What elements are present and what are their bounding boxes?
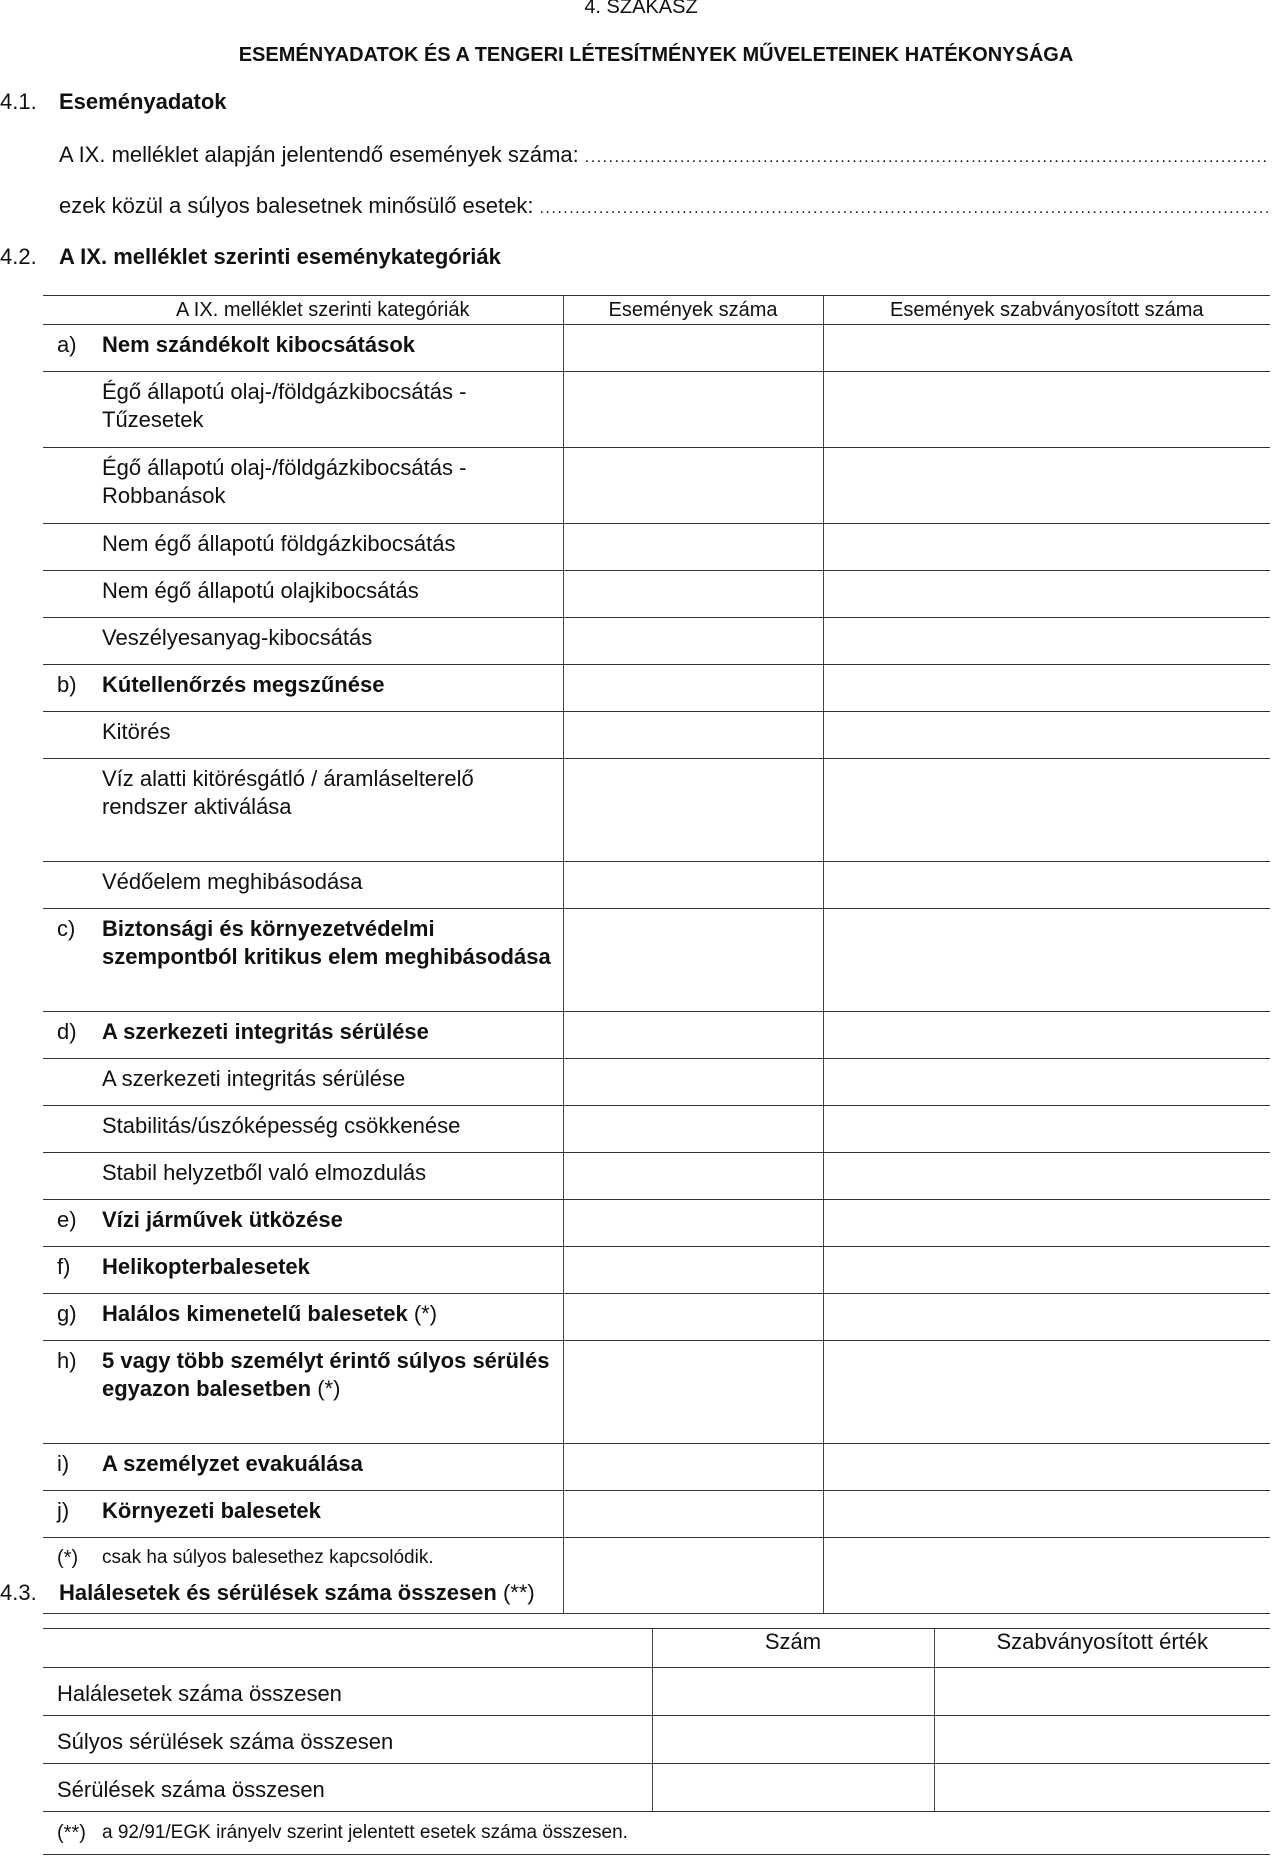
- standardized-count-cell[interactable]: [823, 1444, 1270, 1491]
- table-row: Stabilitás/úszóképesség csökkenése: [43, 1106, 1270, 1153]
- event-count-cell[interactable]: [563, 1106, 823, 1153]
- section-number: 4. SZAKASZ: [0, 0, 1272, 19]
- heading-number: 4.1.: [0, 89, 59, 115]
- column-header-category: A IX. melléklet szerinti kategóriák: [43, 296, 563, 325]
- table-row: a)Nem szándékolt kibocsátások: [43, 325, 1270, 372]
- event-count-cell[interactable]: [563, 571, 823, 618]
- reportable-events-field[interactable]: A IX. melléklet alapján jelentendő esemé…: [59, 142, 1270, 168]
- major-accidents-field[interactable]: ezek közül a súlyos balesetnek minősülő …: [59, 193, 1270, 219]
- standardized-count-cell[interactable]: [823, 524, 1270, 571]
- category-text: Stabil helyzetből való elmozdulás: [102, 1160, 426, 1185]
- table-row: Védőelem meghibásodása: [43, 862, 1270, 909]
- category-cell: Védőelem meghibásodása: [43, 862, 563, 901]
- standardized-count-cell[interactable]: [823, 712, 1270, 759]
- heading-4-3: 4.3.Halálesetek és sérülések száma össze…: [0, 1580, 535, 1606]
- table-row: Kitörés: [43, 712, 1270, 759]
- category-letter: g): [43, 1300, 102, 1328]
- category-text-wrap: Vízi járművek ütközése: [102, 1206, 563, 1234]
- event-count-cell[interactable]: [563, 1444, 823, 1491]
- category-text: Nem égő állapotú olajkibocsátás: [102, 578, 419, 603]
- standardized-count-cell[interactable]: [823, 759, 1270, 862]
- footnote-text: a 92/91/EGK irányelv szerint jelentett e…: [102, 1822, 628, 1845]
- category-text: Nem szándékolt kibocsátások: [102, 332, 415, 357]
- category-text: Stabilitás/úszóképesség csökkenése: [102, 1113, 460, 1138]
- category-letter: (*): [43, 1544, 102, 1572]
- category-text: Égő állapotú olaj-/földgázkibocsátás - R…: [102, 455, 466, 508]
- column-header-standardized: Események szabványosított száma: [823, 296, 1270, 325]
- standardized-count-cell[interactable]: [823, 618, 1270, 665]
- category-letter: [43, 530, 102, 558]
- category-text: Kútellenőrzés megszűnése: [102, 672, 384, 697]
- category-letter: [43, 1159, 102, 1187]
- category-text: A személyzet evakuálása: [102, 1451, 363, 1476]
- category-cell: Stabil helyzetből való elmozdulás: [43, 1153, 563, 1192]
- table-row: Halálesetek száma összesen: [43, 1668, 1270, 1716]
- category-letter: a): [43, 331, 102, 359]
- field-label: A IX. melléklet alapján jelentendő esemé…: [59, 142, 579, 168]
- standardized-count-cell[interactable]: [823, 1012, 1270, 1059]
- event-count-cell[interactable]: [563, 1341, 823, 1444]
- table-row: j)Környezeti balesetek: [43, 1491, 1270, 1538]
- category-cell: Stabilitás/úszóképesség csökkenése: [43, 1106, 563, 1145]
- category-text: csak ha súlyos balesethez kapcsolódik.: [102, 1547, 434, 1568]
- fill-in-dots[interactable]: ........................................…: [539, 200, 1270, 218]
- category-cell: Égő állapotú olaj-/földgázkibocsátás - R…: [43, 448, 563, 515]
- category-text: Vízi járművek ütközése: [102, 1207, 343, 1232]
- count-cell[interactable]: [652, 1668, 934, 1716]
- category-text: Környezeti balesetek: [102, 1498, 321, 1523]
- category-text-wrap: A szerkezeti integritás sérülése: [102, 1065, 563, 1093]
- category-cell: (*)csak ha súlyos balesethez kapcsolódik…: [43, 1538, 563, 1577]
- table-row: Égő állapotú olaj-/földgázkibocsátás - T…: [43, 372, 1270, 448]
- category-text-wrap: Égő állapotú olaj-/földgázkibocsátás - T…: [102, 378, 563, 434]
- category-letter: c): [43, 915, 102, 971]
- standardized-count-cell[interactable]: [823, 862, 1270, 909]
- category-cell: d)A szerkezeti integritás sérülése: [43, 1012, 563, 1051]
- event-count-cell[interactable]: [563, 1012, 823, 1059]
- category-cell: A szerkezeti integritás sérülése: [43, 1059, 563, 1098]
- category-cell: i)A személyzet evakuálása: [43, 1444, 563, 1483]
- category-letter: d): [43, 1018, 102, 1046]
- category-text-wrap: Védőelem meghibásodása: [102, 868, 563, 896]
- standardized-count-cell[interactable]: [823, 325, 1270, 372]
- fill-in-dots[interactable]: ........................................…: [585, 149, 1270, 167]
- table-row: d)A szerkezeti integritás sérülése: [43, 1012, 1270, 1059]
- event-count-cell[interactable]: [563, 712, 823, 759]
- event-count-cell[interactable]: [563, 448, 823, 524]
- standardized-cell[interactable]: [934, 1716, 1270, 1764]
- category-letter: [43, 577, 102, 605]
- event-count-cell[interactable]: [563, 372, 823, 448]
- category-text-wrap: Víz alatti kitörésgátló / áramláselterel…: [102, 765, 563, 821]
- category-cell: f)Helikopterbalesetek: [43, 1247, 563, 1286]
- category-letter: f): [43, 1253, 102, 1281]
- event-count-cell[interactable]: [563, 1294, 823, 1341]
- table-row: Nem égő állapotú földgázkibocsátás: [43, 524, 1270, 571]
- event-count-cell[interactable]: [563, 325, 823, 372]
- event-count-cell[interactable]: [563, 1538, 823, 1614]
- category-text-wrap: Égő állapotú olaj-/földgázkibocsátás - R…: [102, 454, 563, 510]
- heading-title: Halálesetek és sérülések száma összesen: [59, 1580, 497, 1605]
- category-text-wrap: Nem égő állapotú földgázkibocsátás: [102, 530, 563, 558]
- category-text-wrap: Halálos kimenetelű balesetek (*): [102, 1300, 563, 1328]
- category-text: Halálos kimenetelű balesetek: [102, 1301, 408, 1326]
- table-row: b)Kútellenőrzés megszűnése: [43, 665, 1270, 712]
- category-text: Nem égő állapotú földgázkibocsátás: [102, 531, 455, 556]
- row-label: Sérülések száma összesen: [43, 1764, 652, 1811]
- category-text: A szerkezeti integritás sérülése: [102, 1066, 405, 1091]
- event-count-cell[interactable]: [563, 1491, 823, 1538]
- table-row: Víz alatti kitörésgátló / áramláselterel…: [43, 759, 1270, 862]
- standardized-count-cell[interactable]: [823, 1341, 1270, 1444]
- category-text-wrap: A személyzet evakuálása: [102, 1450, 563, 1478]
- category-text-wrap: Környezeti balesetek: [102, 1497, 563, 1525]
- category-letter: [43, 624, 102, 652]
- table-row: Nem égő állapotú olajkibocsátás: [43, 571, 1270, 618]
- column-header-count: Szám: [652, 1629, 934, 1668]
- category-cell: Égő állapotú olaj-/földgázkibocsátás - T…: [43, 372, 563, 439]
- event-count-cell[interactable]: [563, 524, 823, 571]
- event-count-cell[interactable]: [563, 1059, 823, 1106]
- event-count-cell[interactable]: [563, 665, 823, 712]
- standardized-count-cell[interactable]: [823, 665, 1270, 712]
- category-letter: [43, 1065, 102, 1093]
- event-count-cell[interactable]: [563, 1247, 823, 1294]
- heading-number: 4.3.: [0, 1580, 59, 1606]
- category-letter: [43, 454, 102, 510]
- field-label: ezek közül a súlyos balesetnek minősülő …: [59, 193, 533, 219]
- standardized-count-cell[interactable]: [823, 1247, 1270, 1294]
- standardized-count-cell[interactable]: [823, 1491, 1270, 1538]
- event-count-cell[interactable]: [563, 618, 823, 665]
- column-header-standardized: Szabványosított érték: [934, 1629, 1270, 1668]
- category-text-wrap: Veszélyesanyag-kibocsátás: [102, 624, 563, 652]
- category-letter: j): [43, 1497, 102, 1525]
- heading-suffix: (**): [497, 1580, 535, 1605]
- category-text: Égő állapotú olaj-/földgázkibocsátás - T…: [102, 379, 466, 432]
- count-cell[interactable]: [652, 1764, 934, 1812]
- heading-4-1: 4.1.Eseményadatok: [0, 89, 227, 115]
- category-text-wrap: Biztonsági és környezetvédelmi szempontb…: [102, 915, 563, 971]
- category-letter: [43, 718, 102, 746]
- row-label: Halálesetek száma összesen: [43, 1668, 652, 1715]
- category-cell: Veszélyesanyag-kibocsátás: [43, 618, 563, 657]
- standardized-count-cell[interactable]: [823, 1538, 1270, 1614]
- event-count-cell[interactable]: [563, 759, 823, 862]
- category-text-wrap: Kútellenőrzés megszűnése: [102, 671, 563, 699]
- table-row: Veszélyesanyag-kibocsátás: [43, 618, 1270, 665]
- category-cell: a)Nem szándékolt kibocsátások: [43, 325, 563, 364]
- category-text: Víz alatti kitörésgátló / áramláselterel…: [102, 766, 474, 819]
- table-row: i)A személyzet evakuálása: [43, 1444, 1270, 1491]
- standardized-count-cell[interactable]: [823, 909, 1270, 1012]
- event-count-cell[interactable]: [563, 862, 823, 909]
- table-row: g)Halálos kimenetelű balesetek (*): [43, 1294, 1270, 1341]
- category-cell: c)Biztonsági és környezetvédelmi szempon…: [43, 909, 563, 976]
- standardized-cell[interactable]: [934, 1764, 1270, 1812]
- category-letter: b): [43, 671, 102, 699]
- standardized-count-cell[interactable]: [823, 372, 1270, 448]
- category-letter: [43, 378, 102, 434]
- standardized-count-cell[interactable]: [823, 571, 1270, 618]
- category-text: Biztonsági és környezetvédelmi szempontb…: [102, 916, 551, 969]
- event-count-cell[interactable]: [563, 1200, 823, 1247]
- category-text-wrap: A szerkezeti integritás sérülése: [102, 1018, 563, 1046]
- column-header-blank: [43, 1629, 652, 1668]
- footnote-row: (**) a 92/91/EGK irányelv szerint jelent…: [43, 1812, 1270, 1855]
- standardized-count-cell[interactable]: [823, 1153, 1270, 1200]
- section-title: ESEMÉNYADATOK ÉS A TENGERI LÉTESÍTMÉNYEK…: [0, 44, 1272, 67]
- category-letter: h): [43, 1347, 102, 1403]
- standardized-count-cell[interactable]: [823, 1059, 1270, 1106]
- category-cell: Nem égő állapotú földgázkibocsátás: [43, 524, 563, 563]
- category-suffix: (*): [311, 1376, 340, 1401]
- table-row: A szerkezeti integritás sérülése: [43, 1059, 1270, 1106]
- event-categories-table: A IX. melléklet szerinti kategóriák Esem…: [43, 295, 1270, 1614]
- category-letter: [43, 765, 102, 821]
- table-row: h)5 vagy több személyt érintő súlyos sér…: [43, 1341, 1270, 1444]
- category-text: Védőelem meghibásodása: [102, 869, 363, 894]
- category-text-wrap: Nem égő állapotú olajkibocsátás: [102, 577, 563, 605]
- category-cell: g)Halálos kimenetelű balesetek (*): [43, 1294, 563, 1333]
- category-text: Kitörés: [102, 719, 170, 744]
- category-cell: Víz alatti kitörésgátló / áramláselterel…: [43, 759, 563, 826]
- category-cell: b)Kútellenőrzés megszűnése: [43, 665, 563, 704]
- category-text-wrap: csak ha súlyos balesethez kapcsolódik.: [102, 1544, 563, 1572]
- category-cell: Kitörés: [43, 712, 563, 751]
- table-row: Stabil helyzetből való elmozdulás: [43, 1153, 1270, 1200]
- standardized-count-cell[interactable]: [823, 1294, 1270, 1341]
- heading-title: Eseményadatok: [59, 89, 227, 114]
- category-cell: Nem égő állapotú olajkibocsátás: [43, 571, 563, 610]
- category-text: Veszélyesanyag-kibocsátás: [102, 625, 372, 650]
- category-letter: i): [43, 1450, 102, 1478]
- column-header-count: Események száma: [563, 296, 823, 325]
- table-row: Sérülések száma összesen: [43, 1764, 1270, 1812]
- table-row: f)Helikopterbalesetek: [43, 1247, 1270, 1294]
- footnote-label: (**): [43, 1822, 102, 1845]
- category-cell: j)Környezeti balesetek: [43, 1491, 563, 1530]
- category-text: Helikopterbalesetek: [102, 1254, 310, 1279]
- table-row: c)Biztonsági és környezetvédelmi szempon…: [43, 909, 1270, 1012]
- category-letter: [43, 868, 102, 896]
- row-label: Súlyos sérülések száma összesen: [43, 1716, 652, 1763]
- heading-number: 4.2.: [0, 244, 59, 270]
- fatalities-injuries-table: Szám Szabványosított érték Halálesetek s…: [43, 1628, 1270, 1855]
- category-text-wrap: Kitörés: [102, 718, 563, 746]
- standardized-cell[interactable]: [934, 1668, 1270, 1716]
- category-suffix: (*): [408, 1301, 437, 1326]
- standardized-count-cell[interactable]: [823, 1106, 1270, 1153]
- category-text-wrap: Stabil helyzetből való elmozdulás: [102, 1159, 563, 1187]
- heading-4-2: 4.2.A IX. melléklet szerinti eseménykate…: [0, 244, 501, 270]
- event-count-cell[interactable]: [563, 1153, 823, 1200]
- table-row: Égő állapotú olaj-/földgázkibocsátás - R…: [43, 448, 1270, 524]
- table-header-row: A IX. melléklet szerinti kategóriák Esem…: [43, 296, 1270, 325]
- category-cell: h)5 vagy több személyt érintő súlyos sér…: [43, 1341, 563, 1408]
- category-letter: e): [43, 1206, 102, 1234]
- category-text: A szerkezeti integritás sérülése: [102, 1019, 429, 1044]
- table-row: Súlyos sérülések száma összesen: [43, 1716, 1270, 1764]
- category-text-wrap: Nem szándékolt kibocsátások: [102, 331, 563, 359]
- category-text-wrap: Stabilitás/úszóképesség csökkenése: [102, 1112, 563, 1140]
- standardized-count-cell[interactable]: [823, 448, 1270, 524]
- standardized-count-cell[interactable]: [823, 1200, 1270, 1247]
- category-text-wrap: Helikopterbalesetek: [102, 1253, 563, 1281]
- table-row: e)Vízi járművek ütközése: [43, 1200, 1270, 1247]
- event-count-cell[interactable]: [563, 909, 823, 1012]
- category-letter: [43, 1112, 102, 1140]
- category-cell: e)Vízi járművek ütközése: [43, 1200, 563, 1239]
- heading-title: A IX. melléklet szerinti eseménykategóri…: [59, 244, 501, 269]
- category-text-wrap: 5 vagy több személyt érintő súlyos sérül…: [102, 1347, 563, 1403]
- count-cell[interactable]: [652, 1716, 934, 1764]
- table-header-row: Szám Szabványosított érték: [43, 1629, 1270, 1668]
